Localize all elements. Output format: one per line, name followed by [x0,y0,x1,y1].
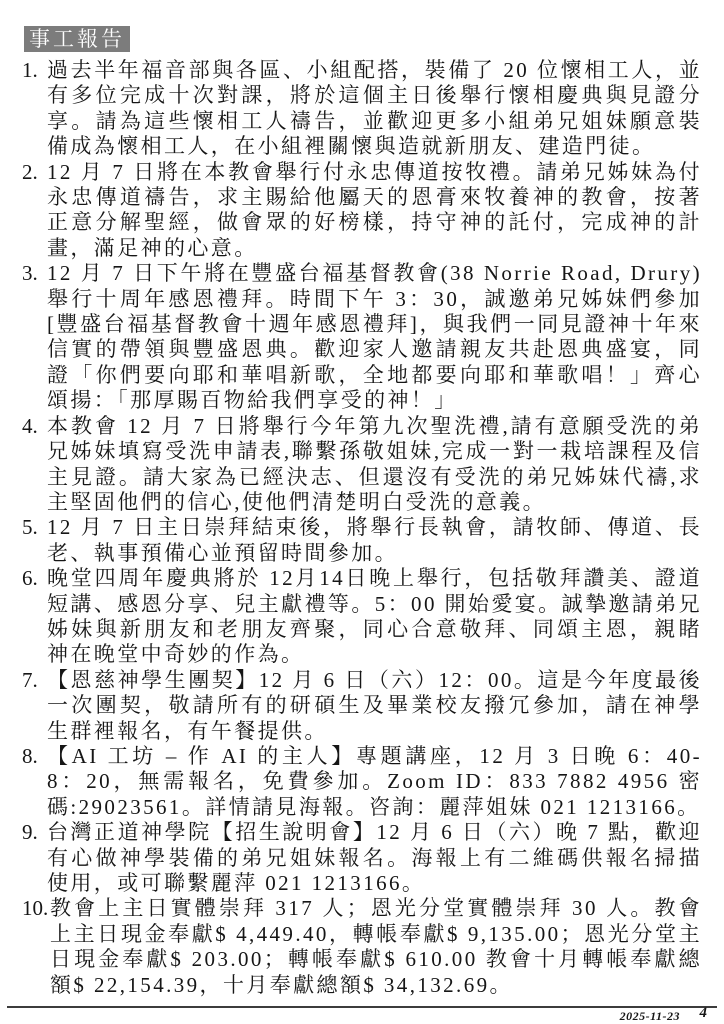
item-number: 7. [22,668,38,693]
item-number: 1. [22,58,38,83]
footer-page-number: 4 [700,1005,708,1022]
list-item: 8. 【AI 工坊 – 作 AI 的主人】專題講座，12 月 3 日晚 6：40… [22,744,702,820]
item-number: 5. [22,515,38,540]
item-number: 6. [22,566,38,591]
list-item: 4. 本教會 12 月 7 日將舉行今年第九次聖洗禮,請有意願受洗的弟兄姊妹填寫… [22,414,702,516]
footer-date: 2025-11-23 [620,1009,680,1024]
list-item: 1. 過去半年福音部與各區、小組配搭，裝備了 20 位懷相工人，並有多位完成十次… [22,58,702,160]
item-number: 3. [22,261,38,286]
item-text: 12 月 7 日下午將在豐盛台福基督教會(38 Norrie Road, Dru… [47,261,702,412]
item-text: 12 月 7 日主日崇拜結束後，將舉行長執會，請牧師、傳道、長老、執事預備心並預… [47,515,702,564]
bulletin-page: 事工報告 1. 過去半年福音部與各區、小組配搭，裝備了 20 位懷相工人，並有多… [0,0,724,1024]
footer-divider [7,1006,717,1008]
list-item: 5. 12 月 7 日主日崇拜結束後，將舉行長執會，請牧師、傳道、長老、執事預備… [22,515,702,566]
item-text: 過去半年福音部與各區、小組配搭，裝備了 20 位懷相工人，並有多位完成十次對課，… [47,58,702,158]
item-text: 本教會 12 月 7 日將舉行今年第九次聖洗禮,請有意願受洗的弟兄姊妹填寫受洗申… [47,414,702,514]
item-text: 【恩慈神學生團契】12 月 6 日（六）12：00。這是今年度最後一次團契，敬請… [47,668,702,743]
list-item: 7. 【恩慈神學生團契】12 月 6 日（六）12：00。這是今年度最後一次團契… [22,668,702,744]
item-text: 教會上主日實體崇拜 317 人；恩光分堂實體崇拜 30 人。教會上主日現金奉獻$… [50,896,702,996]
item-number: 9. [22,820,38,845]
list-item: 3. 12 月 7 日下午將在豐盛台福基督教會(38 Norrie Road, … [22,261,702,413]
item-text: 晚堂四周年慶典將於 12月14日晚上舉行，包括敬拜讚美、證道短講、感恩分享、兒主… [47,566,702,666]
item-text: 台灣正道神學院【招生說明會】12 月 6 日（六）晚 7 點，歡迎有心做神學裝備… [47,820,702,895]
item-number: 4. [22,414,38,439]
announcement-list: 1. 過去半年福音部與各區、小組配搭，裝備了 20 位懷相工人，並有多位完成十次… [22,58,702,998]
item-number: 10. [22,896,48,921]
list-item: 9. 台灣正道神學院【招生說明會】12 月 6 日（六）晚 7 點，歡迎有心做神… [22,820,702,896]
item-text: 【AI 工坊 – 作 AI 的主人】專題講座，12 月 3 日晚 6：40-8：… [47,744,702,819]
list-item: 10. 教會上主日實體崇拜 317 人；恩光分堂實體崇拜 30 人。教會上主日現… [22,896,702,998]
item-text: 12 月 7 日將在本教會舉行付永忠傳道按牧禮。請弟兄姊妹為付永忠傳道禱告，求主… [47,160,702,260]
item-number: 8. [22,744,38,769]
item-number: 2. [22,160,38,185]
list-item: 6. 晚堂四周年慶典將於 12月14日晚上舉行，包括敬拜讚美、證道短講、感恩分享… [22,566,702,668]
list-item: 2. 12 月 7 日將在本教會舉行付永忠傳道按牧禮。請弟兄姊妹為付永忠傳道禱告… [22,160,702,262]
page-title: 事工報告 [24,26,130,52]
